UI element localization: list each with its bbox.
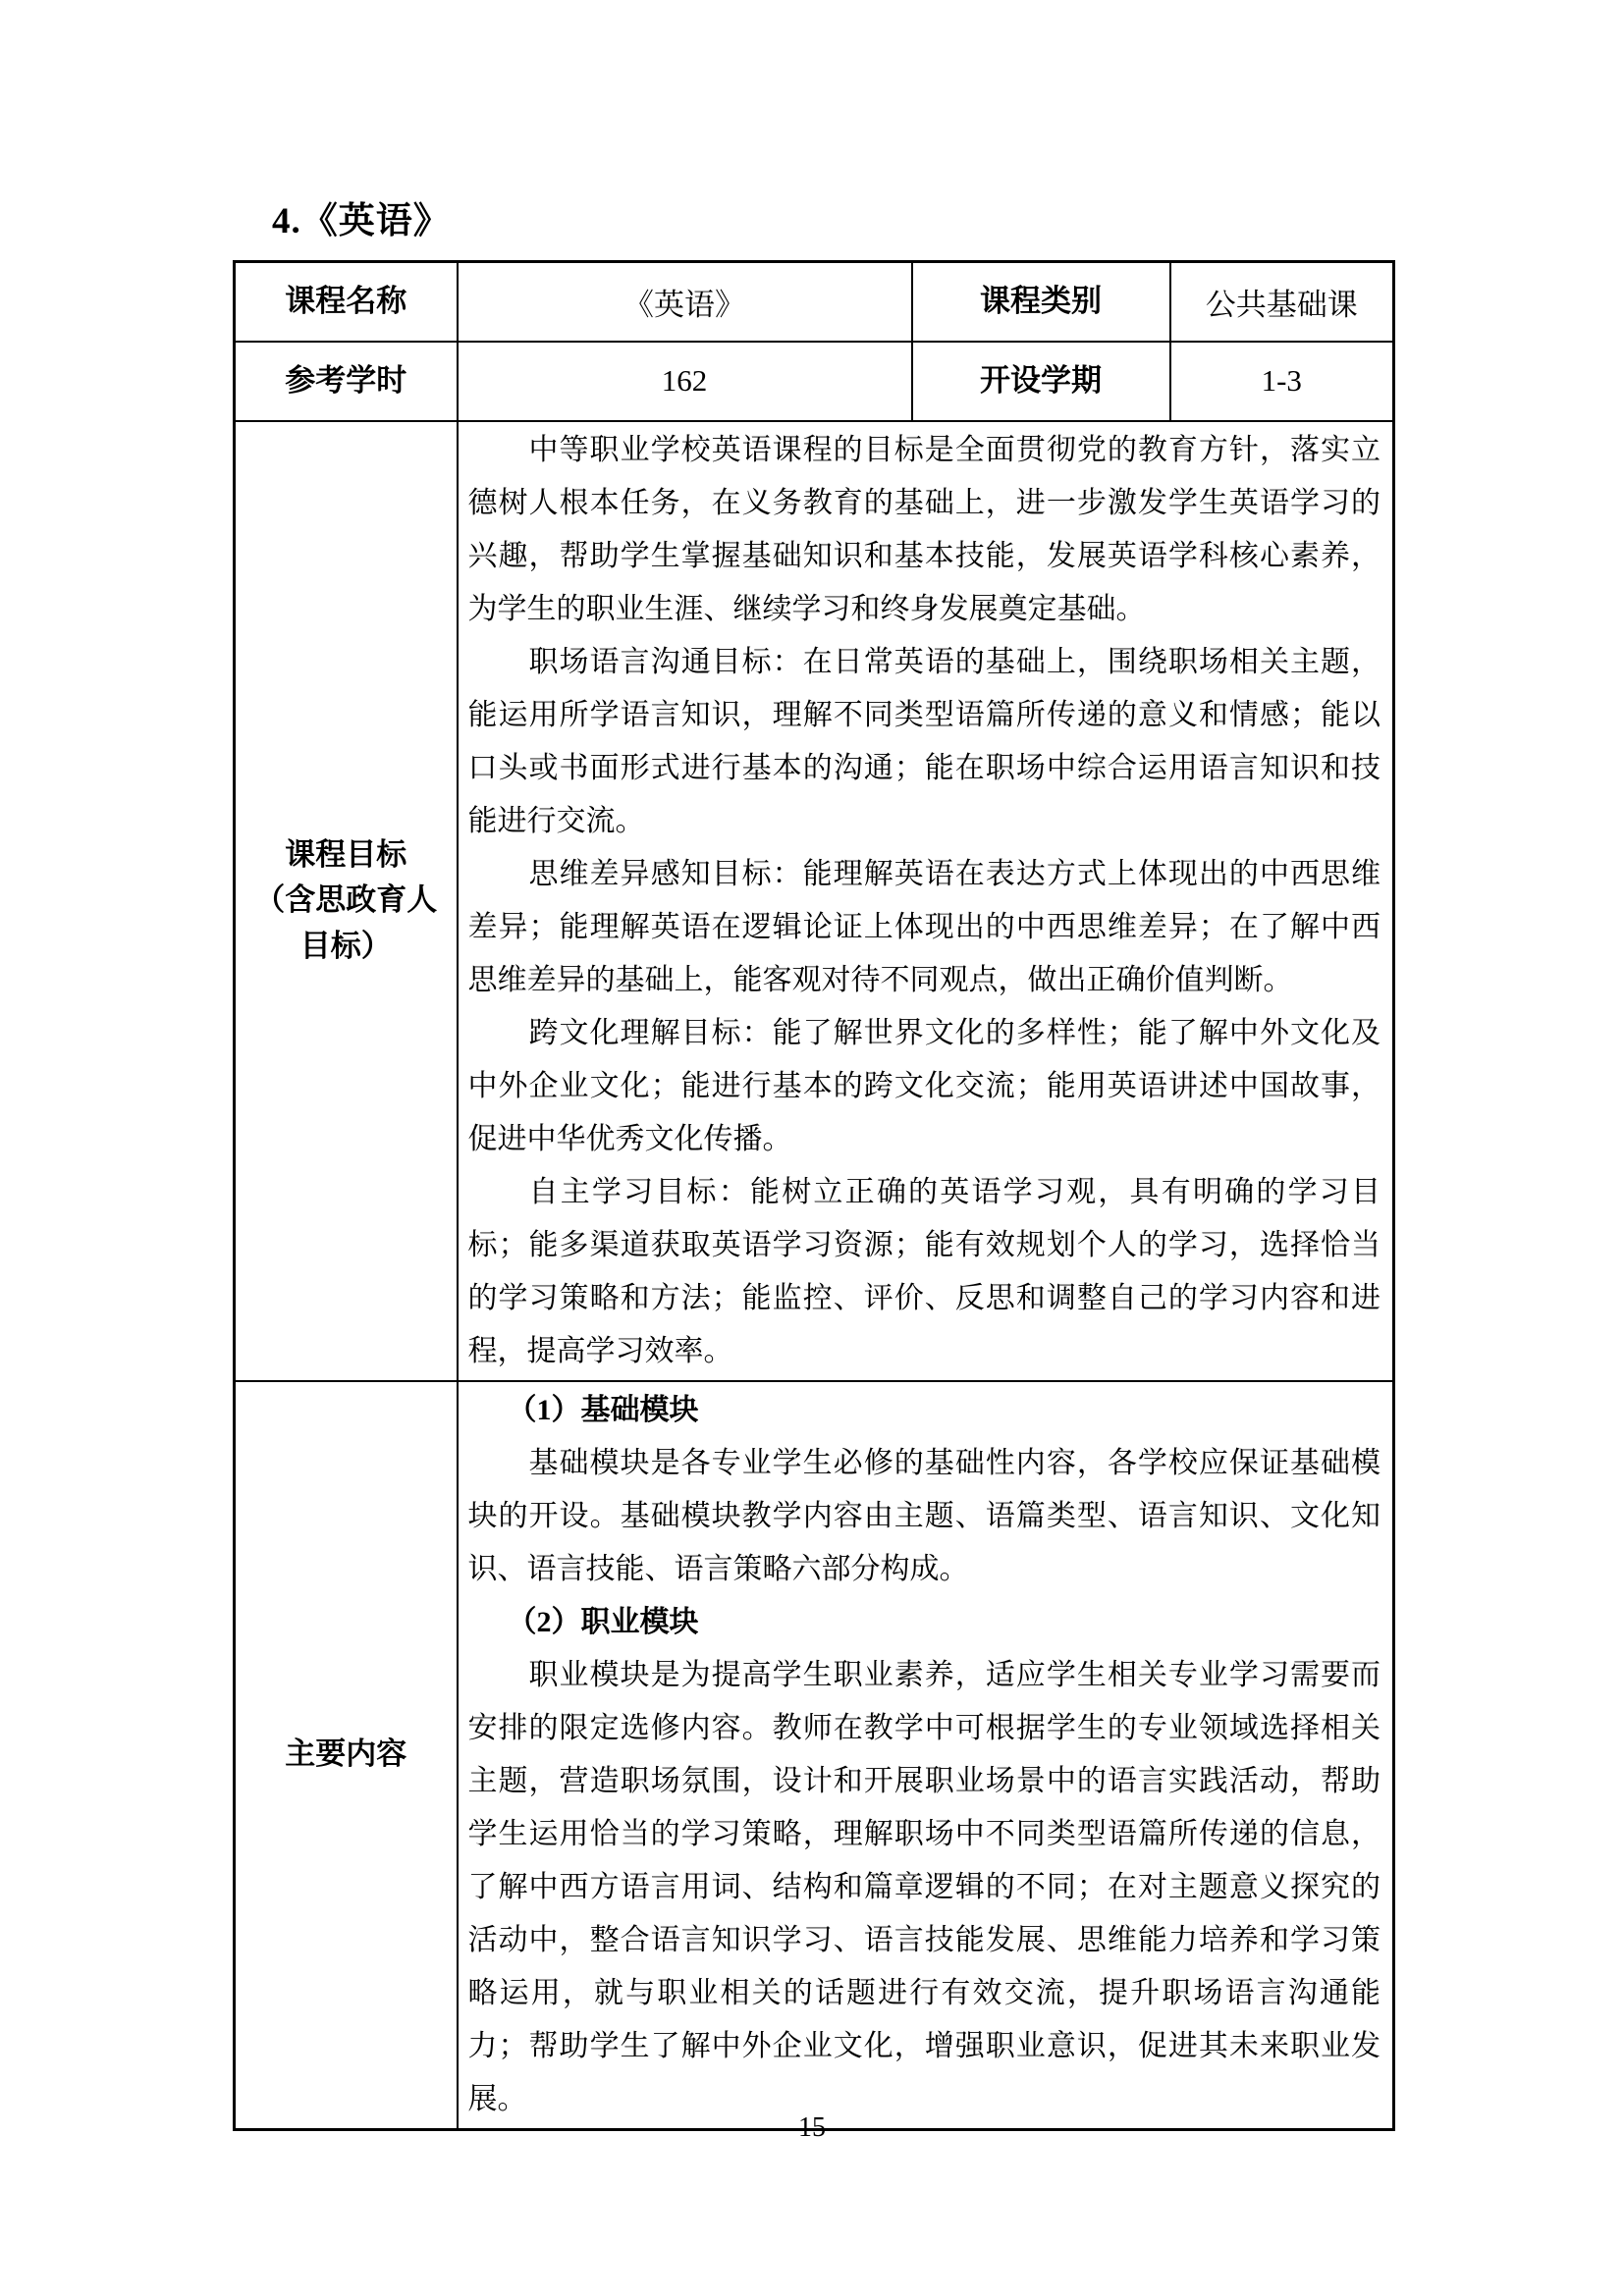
text-line: 思维差异感知目标：能理解英语在表达方式上体现出的中西思维差异；能理解英语在逻辑论… — [468, 848, 1381, 1007]
text-line: 跨文化理解目标：能了解世界文化的多样性；能了解中外文化及中外企业文化；能进行基本… — [468, 1007, 1381, 1166]
main-content-body: （1）基础模块基础模块是各专业学生必修的基础性内容，各学校应保证基础模块的开设。… — [458, 1381, 1394, 2130]
table-row-course-hours: 参考学时 162 开设学期 1-3 — [235, 342, 1394, 421]
text-line: 自主学习目标：能树立正确的英语学习观，具有明确的学习目标；能多渠道获取英语学习资… — [468, 1166, 1381, 1378]
section-heading: （2）职业模块 — [468, 1596, 1381, 1649]
course-category-label: 课程类别 — [912, 262, 1170, 342]
paragraph: 基础模块是各专业学生必修的基础性内容，各学校应保证基础模块的开设。基础模块教学内… — [468, 1437, 1381, 1596]
paragraph: 职业模块是为提高学生职业素养，适应学生相关专业学习需要而安排的限定选修内容。教师… — [468, 1649, 1381, 2126]
table-row-main-content: 主要内容 （1）基础模块基础模块是各专业学生必修的基础性内容，各学校应保证基础模… — [235, 1381, 1394, 2130]
course-name-label: 课程名称 — [235, 262, 458, 342]
section-heading: （1）基础模块 — [468, 1384, 1381, 1437]
text-line: （含思政育人 — [240, 878, 453, 924]
course-category-value: 公共基础课 — [1170, 262, 1394, 342]
text-line: 目标） — [240, 924, 453, 970]
main-content-label: 主要内容 — [235, 1381, 458, 2130]
course-info-table: 课程名称 《英语》 课程类别 公共基础课 参考学时 162 开设学期 1-3 课… — [233, 260, 1395, 2131]
course-objectives-content: 中等职业学校英语课程的目标是全面贯彻党的教育方针，落实立德树人根本任务，在义务教… — [458, 421, 1394, 1381]
course-name-value: 《英语》 — [458, 262, 912, 342]
text-line: 课程目标 — [240, 832, 453, 879]
text-line: 中等职业学校英语课程的目标是全面贯彻党的教育方针，落实立德树人根本任务，在义务教… — [468, 424, 1381, 636]
page-number: 15 — [0, 2112, 1624, 2144]
reference-hours-label: 参考学时 — [235, 342, 458, 421]
page-title: 4.《英语》 — [272, 190, 451, 243]
semester-value: 1-3 — [1170, 342, 1394, 421]
table-row-course-name: 课程名称 《英语》 课程类别 公共基础课 — [235, 262, 1394, 342]
course-objectives-label: 课程目标（含思政育人目标） — [235, 421, 458, 1381]
semester-label: 开设学期 — [912, 342, 1170, 421]
table-row-course-objectives: 课程目标（含思政育人目标） 中等职业学校英语课程的目标是全面贯彻党的教育方针，落… — [235, 421, 1394, 1381]
reference-hours-value: 162 — [458, 342, 912, 421]
text-line: 职场语言沟通目标：在日常英语的基础上，围绕职场相关主题，能运用所学语言知识，理解… — [468, 636, 1381, 848]
